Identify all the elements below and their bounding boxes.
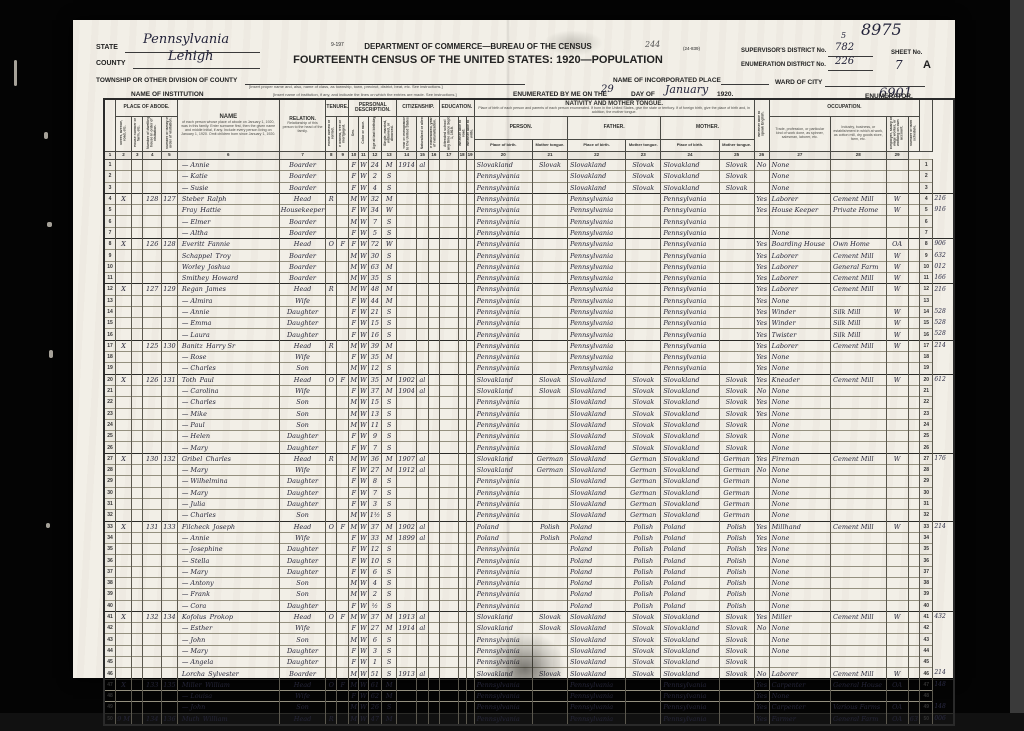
cell xyxy=(440,623,459,634)
cell: M xyxy=(382,284,397,295)
cell xyxy=(440,645,459,656)
cell xyxy=(161,544,177,555)
cell: Laborer xyxy=(769,193,830,204)
cell: None xyxy=(769,408,830,419)
cell xyxy=(131,408,143,419)
cell: Slovak xyxy=(626,171,661,182)
cell: Boarder xyxy=(279,272,326,283)
margin-note xyxy=(933,419,954,430)
cell xyxy=(440,679,459,690)
cell xyxy=(626,193,661,204)
cell xyxy=(116,182,132,193)
cell xyxy=(458,239,466,250)
cell xyxy=(326,272,337,283)
cell: W xyxy=(359,713,369,725)
table-row: 32— CharlesSonMW1½SPennsylvaniaSlovaklan… xyxy=(104,510,954,521)
cell: Son xyxy=(279,419,326,430)
cell: — Katie xyxy=(177,171,279,182)
cell: Slovakland xyxy=(661,431,719,442)
cell xyxy=(908,160,920,171)
cell xyxy=(326,306,337,317)
cell xyxy=(532,498,567,509)
cell: 48 xyxy=(368,284,381,295)
cell: — Emma xyxy=(177,318,279,329)
cell: Pennsylvania xyxy=(474,397,532,408)
cell xyxy=(116,261,132,272)
row-number: 8 xyxy=(920,239,933,250)
cell: Carpenter xyxy=(769,702,830,713)
cell xyxy=(397,227,417,238)
cell xyxy=(831,363,887,374)
cell xyxy=(440,611,459,622)
cell xyxy=(466,408,474,419)
cell xyxy=(440,577,459,588)
cell: F xyxy=(349,442,359,453)
cell xyxy=(908,679,920,690)
state-label: STATE xyxy=(96,44,118,51)
enumerated-label: ENUMERATED BY ME ON THE xyxy=(513,91,607,98)
cell xyxy=(161,657,177,668)
cell: Own Home xyxy=(831,239,887,250)
cell xyxy=(116,397,132,408)
owned-rented-column-header: Home owned or rented. xyxy=(326,117,337,152)
cell xyxy=(831,476,887,487)
cell: S xyxy=(382,510,397,521)
cell: 13 xyxy=(368,408,381,419)
cell xyxy=(326,261,337,272)
cell: Slovak xyxy=(626,623,661,634)
cell xyxy=(417,193,429,204)
cell: W xyxy=(359,352,369,363)
cell xyxy=(908,385,920,396)
margin-note xyxy=(933,510,954,521)
column-number: 24 xyxy=(661,152,719,160)
enumerated-month: January xyxy=(665,83,708,96)
cell xyxy=(337,182,349,193)
table-row: 5Fray HattieHousekeeperFW34WPennsylvania… xyxy=(104,205,954,216)
row-number: 29 xyxy=(104,476,116,487)
cell: German xyxy=(626,465,661,476)
cell xyxy=(116,600,132,611)
table-row: 29— WilhelminaDaughterFW8SPennsylvaniaSl… xyxy=(104,476,954,487)
cell: — Charles xyxy=(177,363,279,374)
cell xyxy=(440,216,459,227)
cell xyxy=(131,487,143,498)
cell xyxy=(326,329,337,340)
cell: None xyxy=(769,487,830,498)
cell xyxy=(417,476,429,487)
cell: S xyxy=(382,476,397,487)
cell: 130 xyxy=(143,453,162,464)
cell xyxy=(161,510,177,521)
cell: Son xyxy=(279,408,326,419)
cell: 51 xyxy=(368,668,381,679)
cell xyxy=(337,385,349,396)
cell: Slovak xyxy=(719,623,754,634)
row-number: 25 xyxy=(920,431,933,442)
cell: Pennsylvania xyxy=(661,690,719,701)
cell: OA xyxy=(886,679,908,690)
cell: M xyxy=(349,679,359,690)
row-number: 39 xyxy=(104,589,116,600)
cell xyxy=(886,600,908,611)
cell xyxy=(326,634,337,645)
cell xyxy=(143,577,162,588)
cell xyxy=(131,544,143,555)
cell: Pennsylvania xyxy=(568,329,626,340)
cell xyxy=(908,340,920,351)
cell xyxy=(131,306,143,317)
cell xyxy=(626,713,661,725)
cell xyxy=(397,306,417,317)
cell xyxy=(532,329,567,340)
cell xyxy=(458,532,466,543)
cell xyxy=(440,193,459,204)
margin-note xyxy=(933,182,954,193)
cell xyxy=(886,690,908,701)
margin-note: 214 xyxy=(933,340,954,351)
cell xyxy=(719,205,754,216)
cell xyxy=(719,340,754,351)
cell xyxy=(417,227,429,238)
cell xyxy=(131,679,143,690)
cell xyxy=(831,182,887,193)
cell: 133 xyxy=(161,521,177,532)
cell xyxy=(131,690,143,701)
cell: S xyxy=(382,329,397,340)
margin-note xyxy=(933,160,954,171)
cell xyxy=(886,498,908,509)
cell xyxy=(116,216,132,227)
column-number: 15 xyxy=(417,152,429,160)
cell: X xyxy=(116,374,132,385)
cell: Slovakland xyxy=(568,419,626,430)
cell xyxy=(116,442,132,453)
cell xyxy=(908,623,920,634)
cell xyxy=(831,216,887,227)
cell: None xyxy=(769,476,830,487)
cell xyxy=(161,690,177,701)
cell: Cement Mill xyxy=(831,668,887,679)
cell xyxy=(532,205,567,216)
cell xyxy=(626,340,661,351)
margin-note xyxy=(933,352,954,363)
cell: Slovakland xyxy=(568,623,626,634)
cell xyxy=(428,611,440,622)
cell: Pennsylvania xyxy=(568,250,626,261)
cell xyxy=(397,679,417,690)
cell: Slovak xyxy=(626,634,661,645)
table-row: 3— SusieBoarderFW4SPennsylvaniaSlovaklan… xyxy=(104,182,954,193)
cell: Cement Mill xyxy=(831,250,887,261)
cell xyxy=(428,216,440,227)
cell xyxy=(143,227,162,238)
cell xyxy=(143,295,162,306)
cell: X xyxy=(116,521,132,532)
cell: Daughter xyxy=(279,544,326,555)
cell xyxy=(831,160,887,171)
cell xyxy=(131,668,143,679)
cell: X xyxy=(116,239,132,250)
form-code-right: (24-839) xyxy=(683,46,700,51)
cell: — Angela xyxy=(177,657,279,668)
cell: Slovakland xyxy=(661,408,719,419)
cell: Cement Mill xyxy=(831,193,887,204)
marital-column-header: Single, married, widowed, or divorced. xyxy=(382,117,397,152)
cell xyxy=(428,668,440,679)
cell: Boarder xyxy=(279,668,326,679)
cell xyxy=(337,216,349,227)
supervisor-label: SUPERVISOR'S DISTRICT No. xyxy=(741,48,826,54)
cell xyxy=(532,566,567,577)
cell xyxy=(337,363,349,374)
cell: Poland xyxy=(661,555,719,566)
cell: Pennsylvania xyxy=(661,239,719,250)
cell: 136 xyxy=(161,713,177,725)
cell xyxy=(458,702,466,713)
cell: Head xyxy=(279,284,326,295)
cell: Poland xyxy=(661,532,719,543)
cell xyxy=(754,487,769,498)
cell: Pennsylvania xyxy=(474,171,532,182)
cell: None xyxy=(769,498,830,509)
cell: F xyxy=(349,318,359,329)
cell xyxy=(886,431,908,442)
cell: R xyxy=(326,193,337,204)
cell: Farmer xyxy=(769,713,830,725)
enumeration-district-value: 226 xyxy=(835,56,854,67)
cell: W xyxy=(359,160,369,171)
cell xyxy=(831,645,887,656)
cell xyxy=(440,385,459,396)
cell xyxy=(326,408,337,419)
cell xyxy=(397,284,417,295)
cell: Pennsylvania xyxy=(474,702,532,713)
cell: Son xyxy=(279,363,326,374)
column-number: 10 xyxy=(349,152,359,160)
cell xyxy=(417,555,429,566)
cell: General House xyxy=(831,679,887,690)
cell xyxy=(626,216,661,227)
cell xyxy=(326,250,337,261)
cell: Daughter xyxy=(279,555,326,566)
cell xyxy=(532,487,567,498)
cell: — Mike xyxy=(177,408,279,419)
cell: Pennsylvania xyxy=(661,713,719,725)
cell xyxy=(754,600,769,611)
row-number: 44 xyxy=(104,645,116,656)
cell: Polish xyxy=(626,532,661,543)
cell xyxy=(397,329,417,340)
cell: Muth William xyxy=(177,713,279,725)
cell xyxy=(161,272,177,283)
row-number: 9 xyxy=(920,250,933,261)
cell xyxy=(143,318,162,329)
cell xyxy=(466,521,474,532)
cell xyxy=(458,295,466,306)
cell xyxy=(417,544,429,555)
cell: Yes xyxy=(754,239,769,250)
cell xyxy=(440,160,459,171)
cell xyxy=(131,521,143,532)
cell xyxy=(143,498,162,509)
cell: 63 xyxy=(908,713,920,725)
cell: M xyxy=(349,611,359,622)
cell xyxy=(886,476,908,487)
cell xyxy=(116,589,132,600)
cell: F xyxy=(349,329,359,340)
cell: Slovakland xyxy=(568,374,626,385)
cell xyxy=(458,566,466,577)
cell: — Charles xyxy=(177,510,279,521)
cell xyxy=(466,465,474,476)
cell: al xyxy=(417,623,429,634)
cell xyxy=(754,476,769,487)
cell: Daughter xyxy=(279,600,326,611)
cell xyxy=(532,713,567,725)
cell: M xyxy=(382,611,397,622)
scan-speck xyxy=(46,523,50,528)
cell: W xyxy=(359,216,369,227)
cell xyxy=(337,690,349,701)
cell: Pennsylvania xyxy=(474,216,532,227)
cell xyxy=(428,374,440,385)
cell: W xyxy=(359,205,369,216)
cell: Polish xyxy=(719,532,754,543)
cell xyxy=(143,510,162,521)
row-number: 35 xyxy=(104,544,116,555)
column-number: 26 xyxy=(754,152,769,160)
cell: F xyxy=(349,487,359,498)
cell xyxy=(719,306,754,317)
cell: Slovakland xyxy=(474,374,532,385)
cell: Poland xyxy=(661,589,719,600)
cell xyxy=(466,205,474,216)
margin-note xyxy=(933,363,954,374)
cell: Slovak xyxy=(719,611,754,622)
attended-school-column-header: Attended school any time since Sept. 1, … xyxy=(440,117,459,152)
cell xyxy=(466,679,474,690)
cell: Polish xyxy=(626,544,661,555)
cell: Carpenter xyxy=(769,679,830,690)
cell xyxy=(908,555,920,566)
cell xyxy=(417,182,429,193)
cell xyxy=(143,555,162,566)
cell xyxy=(754,182,769,193)
cell xyxy=(428,623,440,634)
cell: 37 xyxy=(368,521,381,532)
cell: Silk Mill xyxy=(831,318,887,329)
cell: 9 M xyxy=(116,713,132,725)
margin-note: 006 xyxy=(933,713,954,725)
cell xyxy=(326,419,337,430)
cell: Slovak xyxy=(532,611,567,622)
cell: X xyxy=(116,453,132,464)
cell: Pennsylvania xyxy=(474,690,532,701)
cell xyxy=(161,329,177,340)
cell xyxy=(626,250,661,261)
cell: 44 xyxy=(368,295,381,306)
cell xyxy=(908,465,920,476)
cell: 35 xyxy=(368,352,381,363)
cell: Polish xyxy=(626,521,661,532)
county-label: COUNTY xyxy=(96,60,126,67)
row-number: 26 xyxy=(920,442,933,453)
cell xyxy=(428,690,440,701)
cell: German xyxy=(719,465,754,476)
row-number: 4 xyxy=(920,193,933,204)
cell xyxy=(466,171,474,182)
cell xyxy=(326,702,337,713)
cell xyxy=(143,442,162,453)
cell: Pennsylvania xyxy=(474,713,532,725)
cell xyxy=(337,171,349,182)
cell: W xyxy=(359,193,369,204)
margin-note xyxy=(933,498,954,509)
cell: S xyxy=(382,442,397,453)
cell: Pennsylvania xyxy=(474,408,532,419)
cell xyxy=(466,227,474,238)
cell xyxy=(326,397,337,408)
scan-speck xyxy=(47,222,52,227)
cell: 30 xyxy=(368,250,381,261)
cell: Pennsylvania xyxy=(568,679,626,690)
cell: Gribel Charles xyxy=(177,453,279,464)
cell xyxy=(908,216,920,227)
cell: Slovakland xyxy=(568,171,626,182)
cell xyxy=(440,442,459,453)
cell: German xyxy=(532,465,567,476)
cell: M xyxy=(349,272,359,283)
row-number: 22 xyxy=(104,397,116,408)
margin-note: 906 xyxy=(933,239,954,250)
table-row: 2— KatieBoarderFW2SPennsylvaniaSlovaklan… xyxy=(104,171,954,182)
cell: Slovak xyxy=(532,374,567,385)
cell xyxy=(397,690,417,701)
cell xyxy=(337,408,349,419)
cell xyxy=(143,668,162,679)
cell xyxy=(326,668,337,679)
cell xyxy=(466,566,474,577)
table-row: 34— AnnieWifeFW33M1899alPolandPolishPola… xyxy=(104,532,954,543)
cell xyxy=(337,476,349,487)
row-number: 32 xyxy=(920,510,933,521)
cell: Slovakland xyxy=(568,657,626,668)
cell xyxy=(466,306,474,317)
cell xyxy=(337,487,349,498)
cell: Pennsylvania xyxy=(661,261,719,272)
cell xyxy=(428,385,440,396)
cell: — Helen xyxy=(177,431,279,442)
institution-instruction: [Insert name of institution, if any, and… xyxy=(273,93,503,97)
cell: — Esther xyxy=(177,623,279,634)
cell xyxy=(428,363,440,374)
nativity-description: Place of birth of each person and parent… xyxy=(475,107,754,115)
cell xyxy=(337,318,349,329)
cell xyxy=(466,329,474,340)
cell xyxy=(326,476,337,487)
cell xyxy=(440,397,459,408)
cell xyxy=(458,160,466,171)
cell xyxy=(466,702,474,713)
cell xyxy=(626,295,661,306)
cell: M xyxy=(382,623,397,634)
cell xyxy=(458,318,466,329)
cell xyxy=(458,498,466,509)
cell: None xyxy=(769,532,830,543)
row-number: 45 xyxy=(104,657,116,668)
cell: Son xyxy=(279,634,326,645)
